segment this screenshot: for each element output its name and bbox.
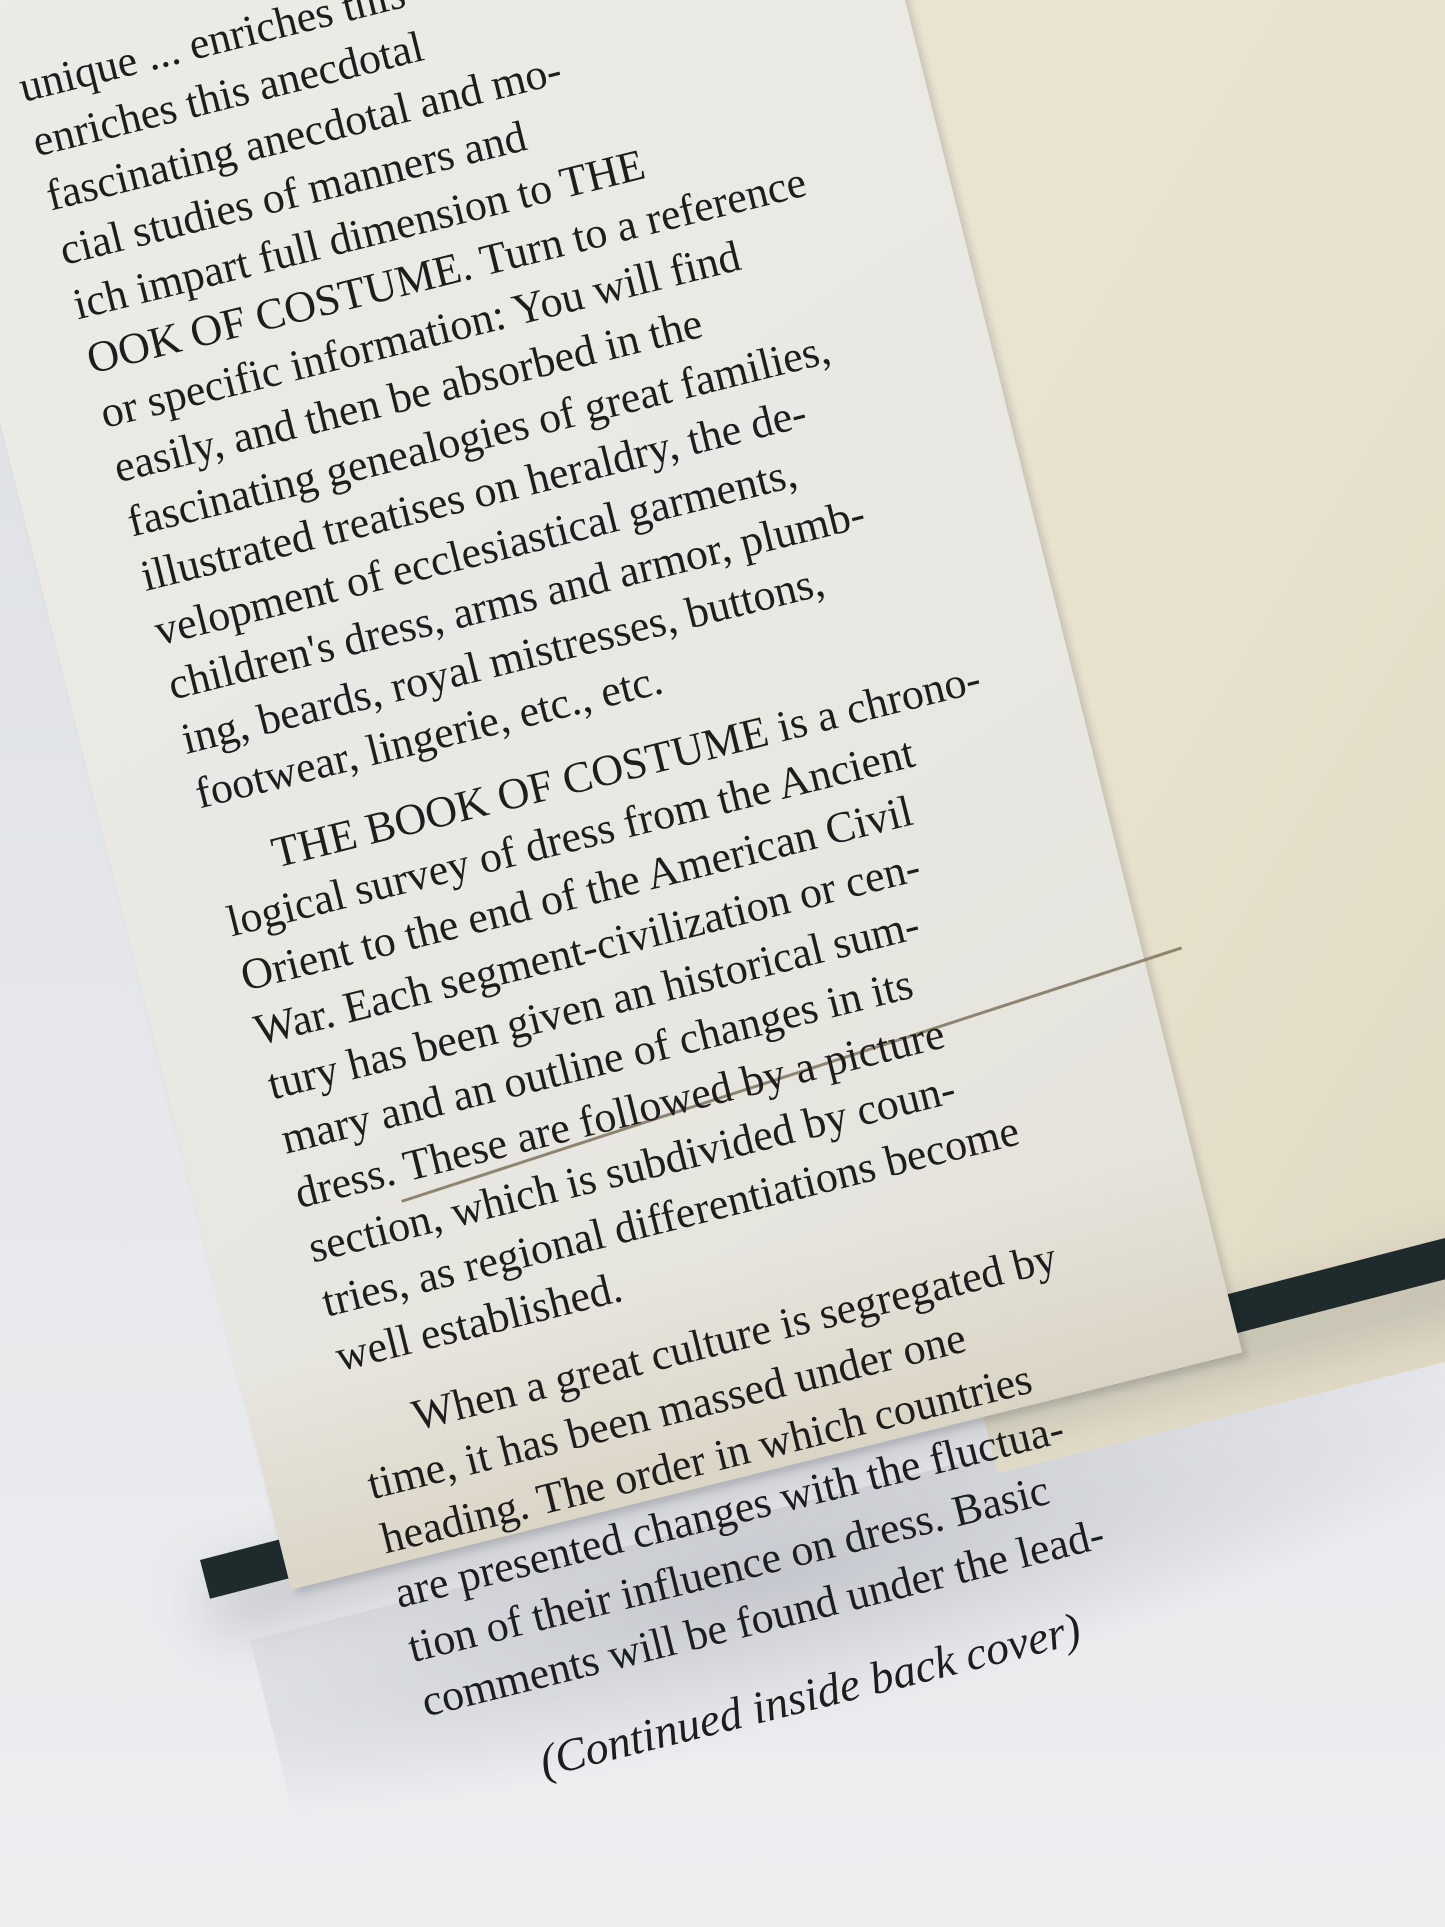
paragraph-1: unique ... enriches this enriches this a… xyxy=(13,0,901,822)
photo-scene: unique ... enriches this enriches this a… xyxy=(0,0,1445,1927)
